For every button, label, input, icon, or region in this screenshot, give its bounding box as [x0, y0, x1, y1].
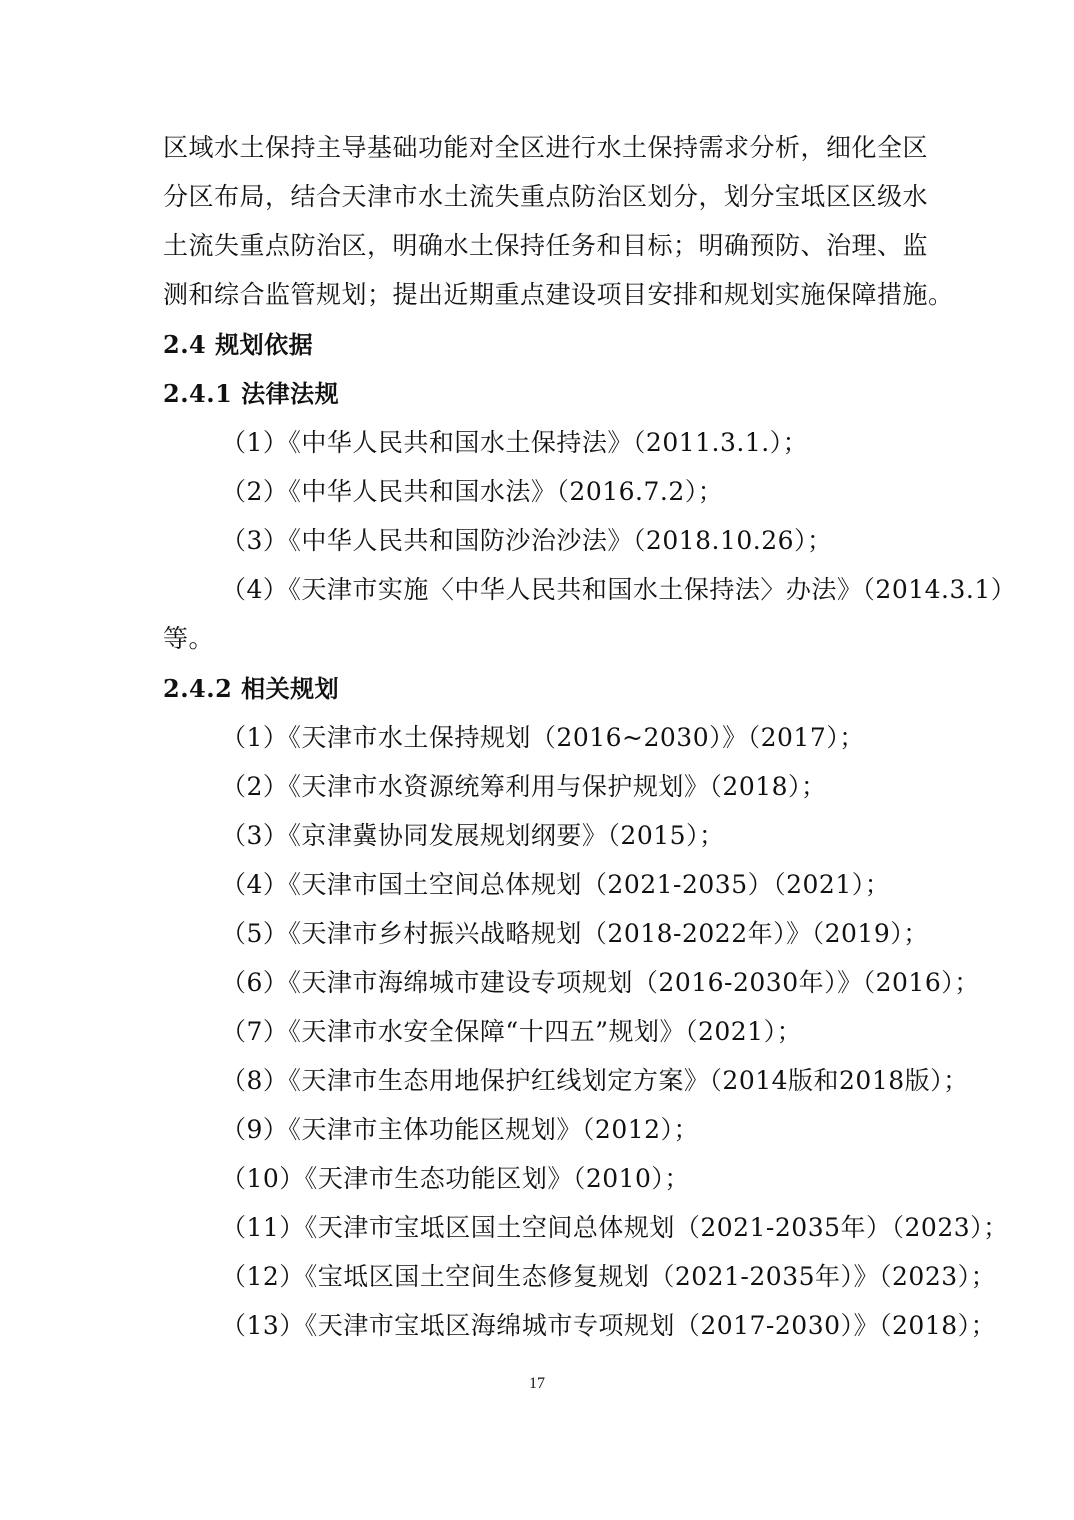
plan-item: （9）《天津市主体功能区规划》（2012）；	[221, 1115, 699, 1145]
law-list-tail: 等。	[163, 624, 214, 654]
plan-item: （12）《宝坻区国土空间生态修复规划（2021-2035年）》（2023）；	[221, 1262, 996, 1292]
plan-item: （10）《天津市生态功能区划》（2010）；	[221, 1164, 690, 1194]
page-number: 17	[0, 1375, 1074, 1393]
section-heading-2-4-2: 2.4.2 相关规划	[163, 674, 339, 704]
plan-item: （2）《天津市水资源统筹利用与保护规划》（2018）；	[221, 772, 827, 802]
intro-line: 分区布局，结合天津市水土流失重点防治区划分，划分宝坻区区级水	[163, 182, 928, 212]
law-item: （2）《中华人民共和国水法》（2016.7.2）；	[221, 477, 723, 507]
law-item: （4）《天津市实施〈中华人民共和国水土保持法〉办法》（2014.3.1）	[221, 575, 1016, 605]
plan-item: （8）《天津市生态用地保护红线划定方案》（2014版和2018版）；	[221, 1066, 969, 1096]
law-item: （3）《中华人民共和国防沙治沙法》（2018.10.26）；	[221, 526, 833, 556]
plan-item: （5）《天津市乡村振兴战略规划（2018-2022年）》（2019）；	[221, 919, 929, 949]
plan-item: （7）《天津市水安全保障“十四五”规划》（2021）；	[221, 1017, 802, 1047]
plan-item: （13）《天津市宝坻区海绵城市专项规划（2017-2030）》（2018）；	[221, 1311, 996, 1341]
plan-item: （4）《天津市国土空间总体规划（2021-2035）（2021）；	[221, 870, 890, 900]
intro-line: 区域水土保持主导基础功能对全区进行水土保持需求分析，细化全区	[163, 133, 928, 163]
plan-item: （3）《京津冀协同发展规划纲要》（2015）；	[221, 821, 725, 851]
plan-item: （11）《天津市宝坻区国土空间总体规划（2021-2035年）（2023）；	[221, 1213, 1009, 1243]
plan-item: （6）《天津市海绵城市建设专项规划（2016-2030年）》（2016）；	[221, 968, 980, 998]
intro-line: 测和综合监管规划；提出近期重点建设项目安排和规划实施保障措施。	[163, 280, 954, 310]
section-heading-2-4-1: 2.4.1 法律法规	[163, 379, 339, 409]
law-item: （1）《中华人民共和国水土保持法》（2011.3.1.）；	[221, 428, 808, 458]
plan-item: （1）《天津市水土保持规划（2016~2030）》（2017）；	[221, 723, 865, 753]
section-heading-2-4: 2.4 规划依据	[163, 330, 313, 360]
intro-line: 土流失重点防治区，明确水土保持任务和目标；明确预防、治理、监	[163, 231, 928, 261]
